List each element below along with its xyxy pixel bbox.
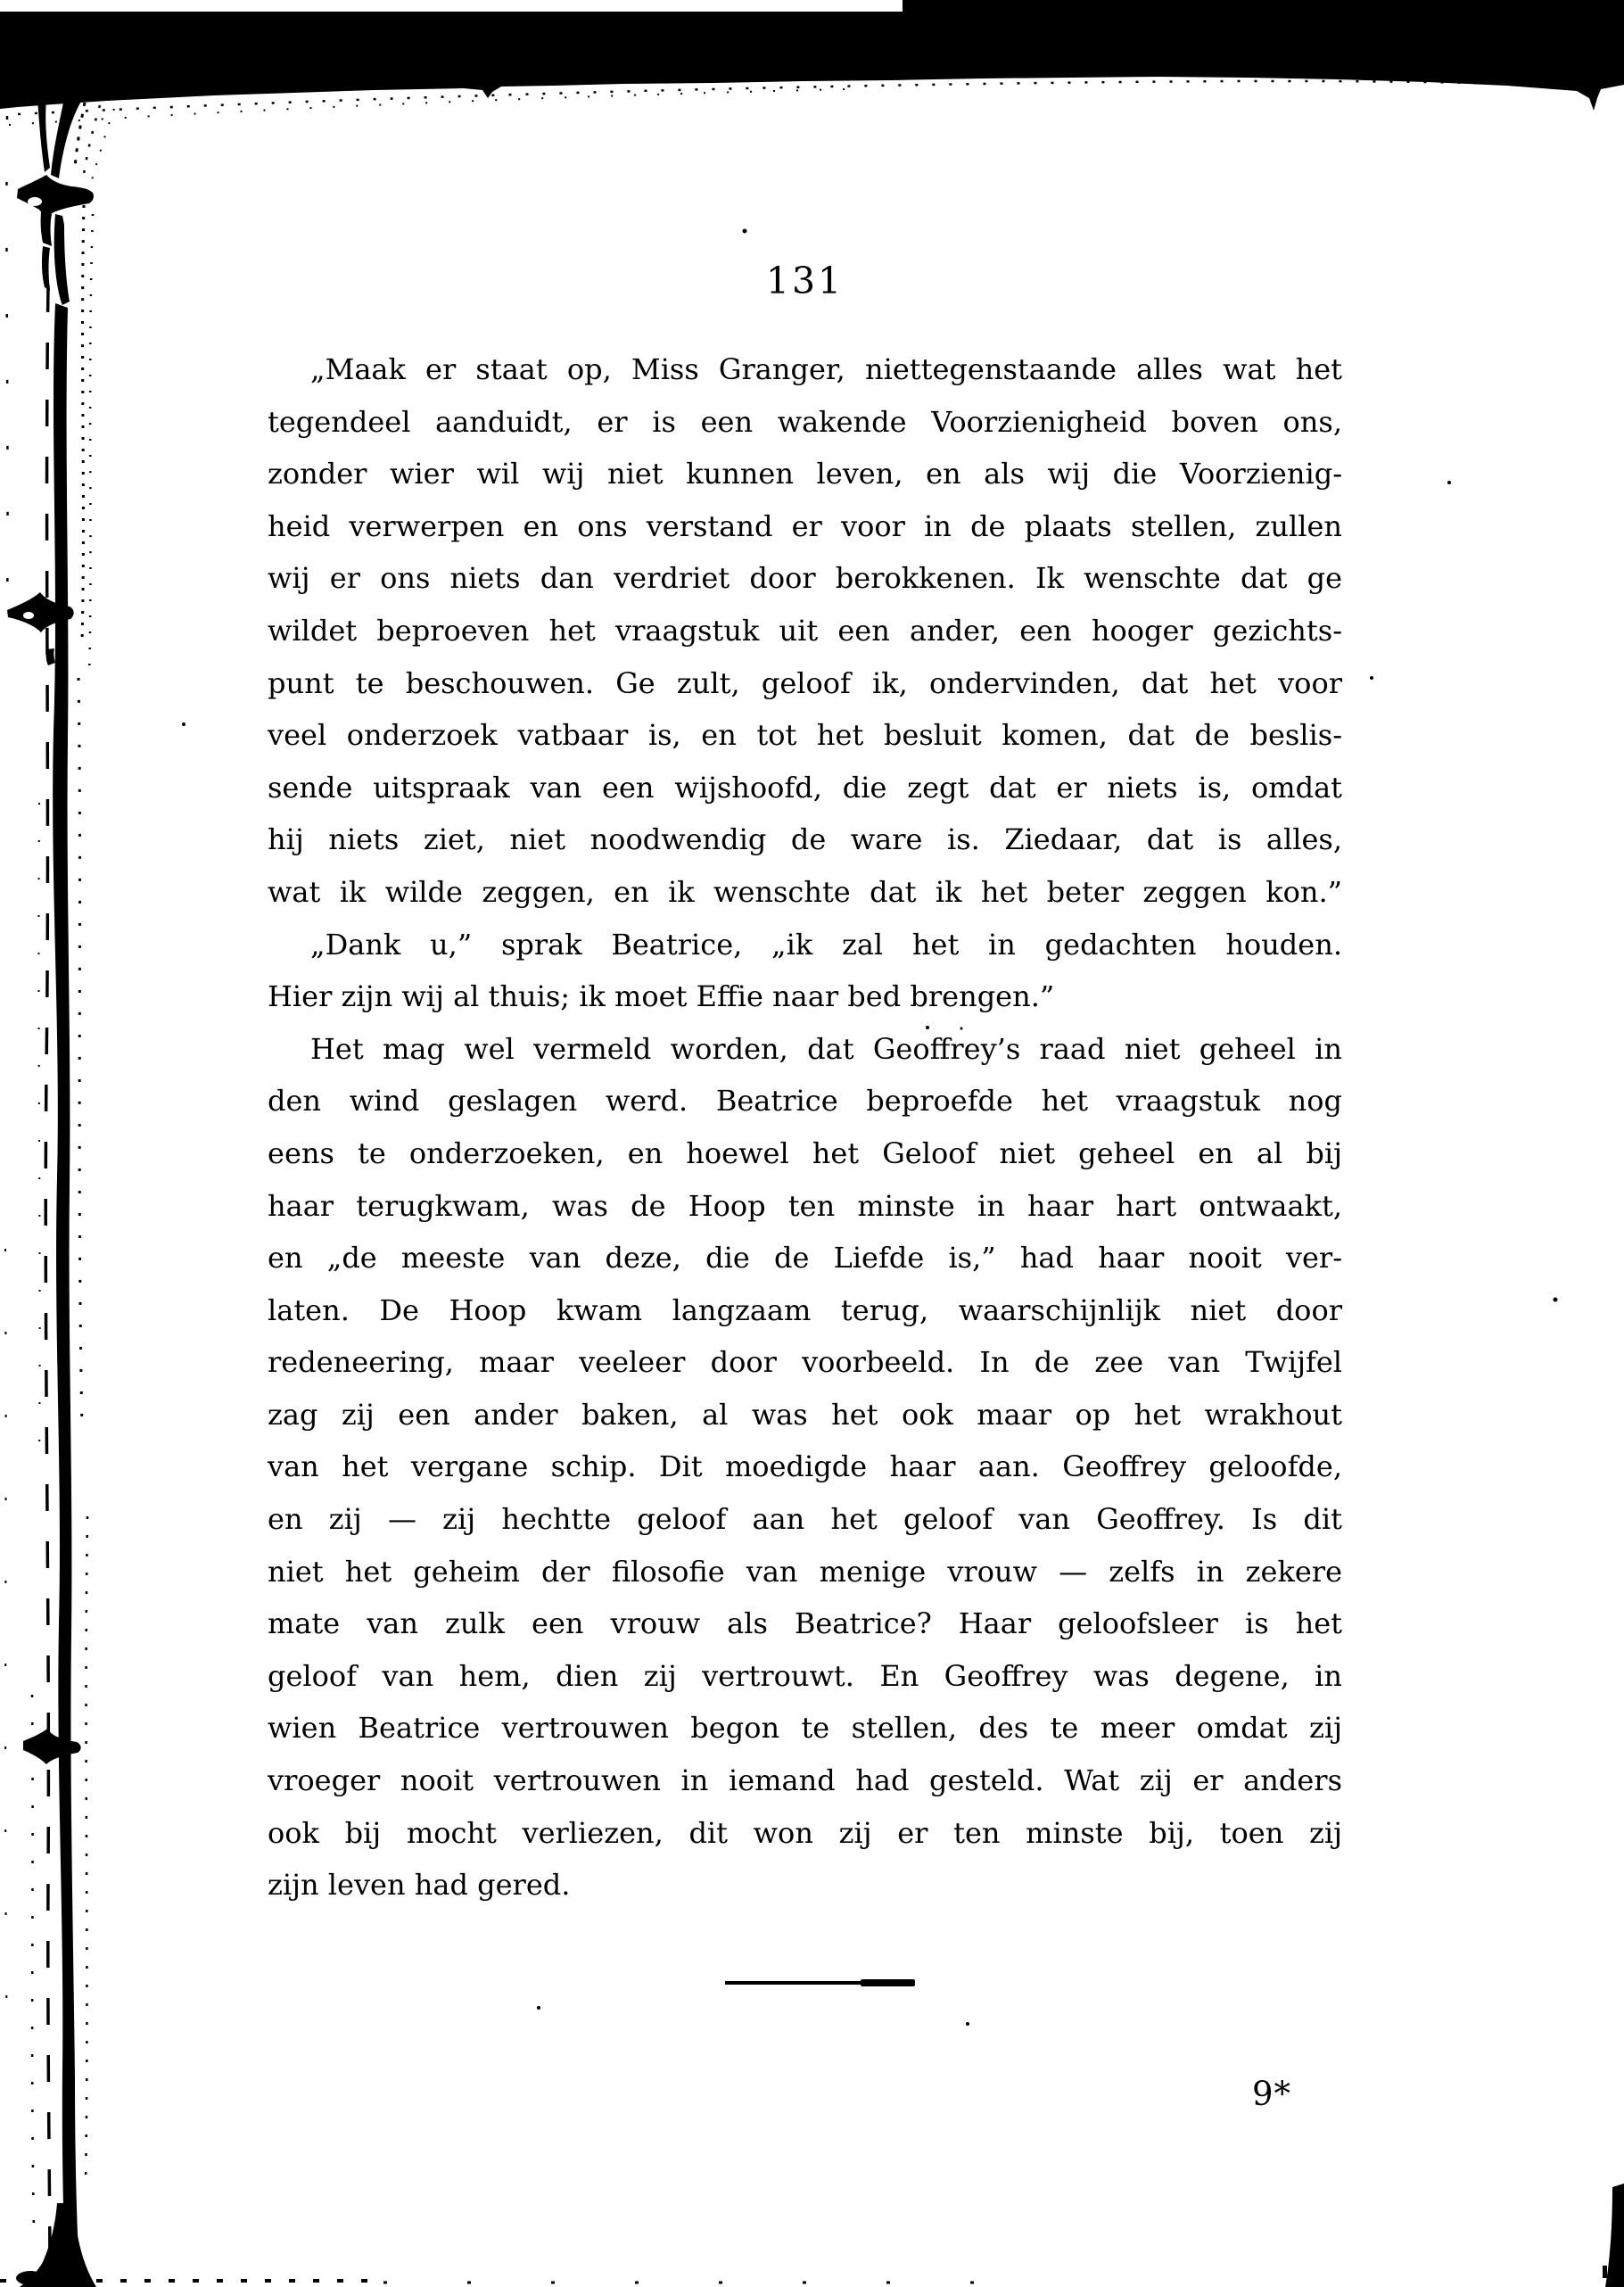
text-line: niet het geheim der filosofie van menige… [268, 1546, 1342, 1598]
binding-streak-main [53, 303, 80, 2287]
text-line: mate van zulk een vrouw als Beatrice? Ha… [268, 1598, 1342, 1650]
text-line: zijn leven had gered. [268, 1859, 1342, 1911]
signature-mark: 9* [1252, 2075, 1291, 2113]
text-line: „Maak er staat op, Miss Granger, nietteg… [268, 343, 1342, 396]
section-divider-rule-thick [861, 1979, 915, 1986]
text-line: laten. De Hoop kwam langzaam terug, waar… [268, 1284, 1342, 1337]
text-line: en „de meeste van deze, die de Liefde is… [268, 1232, 1342, 1284]
text-line: den wind geslagen werd. Beatrice beproef… [268, 1075, 1342, 1127]
text-line: Hier zijn wij al thuis; ik moet Effie na… [268, 970, 1342, 1023]
text-line: wij er ons niets dan verdriet door berok… [268, 552, 1342, 605]
text-line: zag zij een ander baken, al was het ook … [268, 1389, 1342, 1441]
text-line: redeneering, maar veeleer door voorbeeld… [268, 1336, 1342, 1389]
text-line: geloof van hem, dien zij vertrouwt. En G… [268, 1650, 1342, 1703]
text-line: wien Beatrice vertrouwen begon te stelle… [268, 1702, 1342, 1754]
text-line: veel onderzoek vatbaar is, en tot het be… [268, 709, 1342, 762]
bottom-edge-speckle [0, 2281, 1026, 2283]
text-line: heid verwerpen en ons verstand er voor i… [268, 500, 1342, 553]
binding-hook-fringe [75, 103, 114, 183]
text-line: zonder wier wil wij niet kunnen leven, e… [268, 448, 1342, 500]
right-edge-strip [1603, 2184, 1624, 2287]
text-line: en zij — zij hechtte geloof aan het gelo… [268, 1493, 1342, 1546]
text-line: hij niets ziet, niet noodwendig de ware … [268, 813, 1342, 866]
text-block: „Maak er staat op, Miss Granger, nietteg… [268, 343, 1342, 1911]
scan-top-bar-fringe [18, 81, 1614, 114]
text-line: ook bij mocht verliezen, dit won zij er … [268, 1807, 1342, 1860]
text-line: van het vergane schip. Dit moedigde haar… [268, 1441, 1342, 1493]
text-line: tegendeel aanduidt, er is een wakende Vo… [268, 396, 1342, 449]
text-line: Het mag wel vermeld worden, dat Geoffrey… [268, 1023, 1342, 1076]
text-line: „Dank u,” sprak Beatrice, „ik zal het in… [268, 919, 1342, 971]
text-line: wat ik wilde zeggen, en ik wenschte dat … [268, 866, 1342, 919]
text-line: eens te onderzoeken, en hoewel het Geloo… [268, 1127, 1342, 1180]
page-number: 131 [268, 260, 1342, 302]
binding-blob-2 [7, 592, 74, 665]
binding-blob-1 [17, 175, 94, 305]
text-line: sende uitspraak van een wijshoofd, die z… [268, 762, 1342, 814]
text-line: punt te beschouwen. Ge zult, geloof ik, … [268, 657, 1342, 710]
scan-top-bar-fringe-2 [9, 89, 847, 125]
binding-hook [37, 98, 82, 178]
scan-top-bar [0, 0, 1624, 111]
binding-bottom-blob [16, 2203, 96, 2287]
section-divider-rule [725, 1981, 915, 1985]
text-line: haar terugkwam, was de Hoop ten minste i… [268, 1180, 1342, 1233]
binding-streak-broken [45, 285, 50, 2283]
scanned-book-page: 131 „Maak er staat op, Miss Granger, nie… [0, 0, 1624, 2287]
binding-speckle [5, 116, 93, 2230]
binding-blob-3 [23, 1729, 81, 1764]
text-line: wildet beproeven het vraagstuk uit een a… [268, 605, 1342, 657]
text-line: vroeger nooit vertrouwen in iemand had g… [268, 1754, 1342, 1807]
